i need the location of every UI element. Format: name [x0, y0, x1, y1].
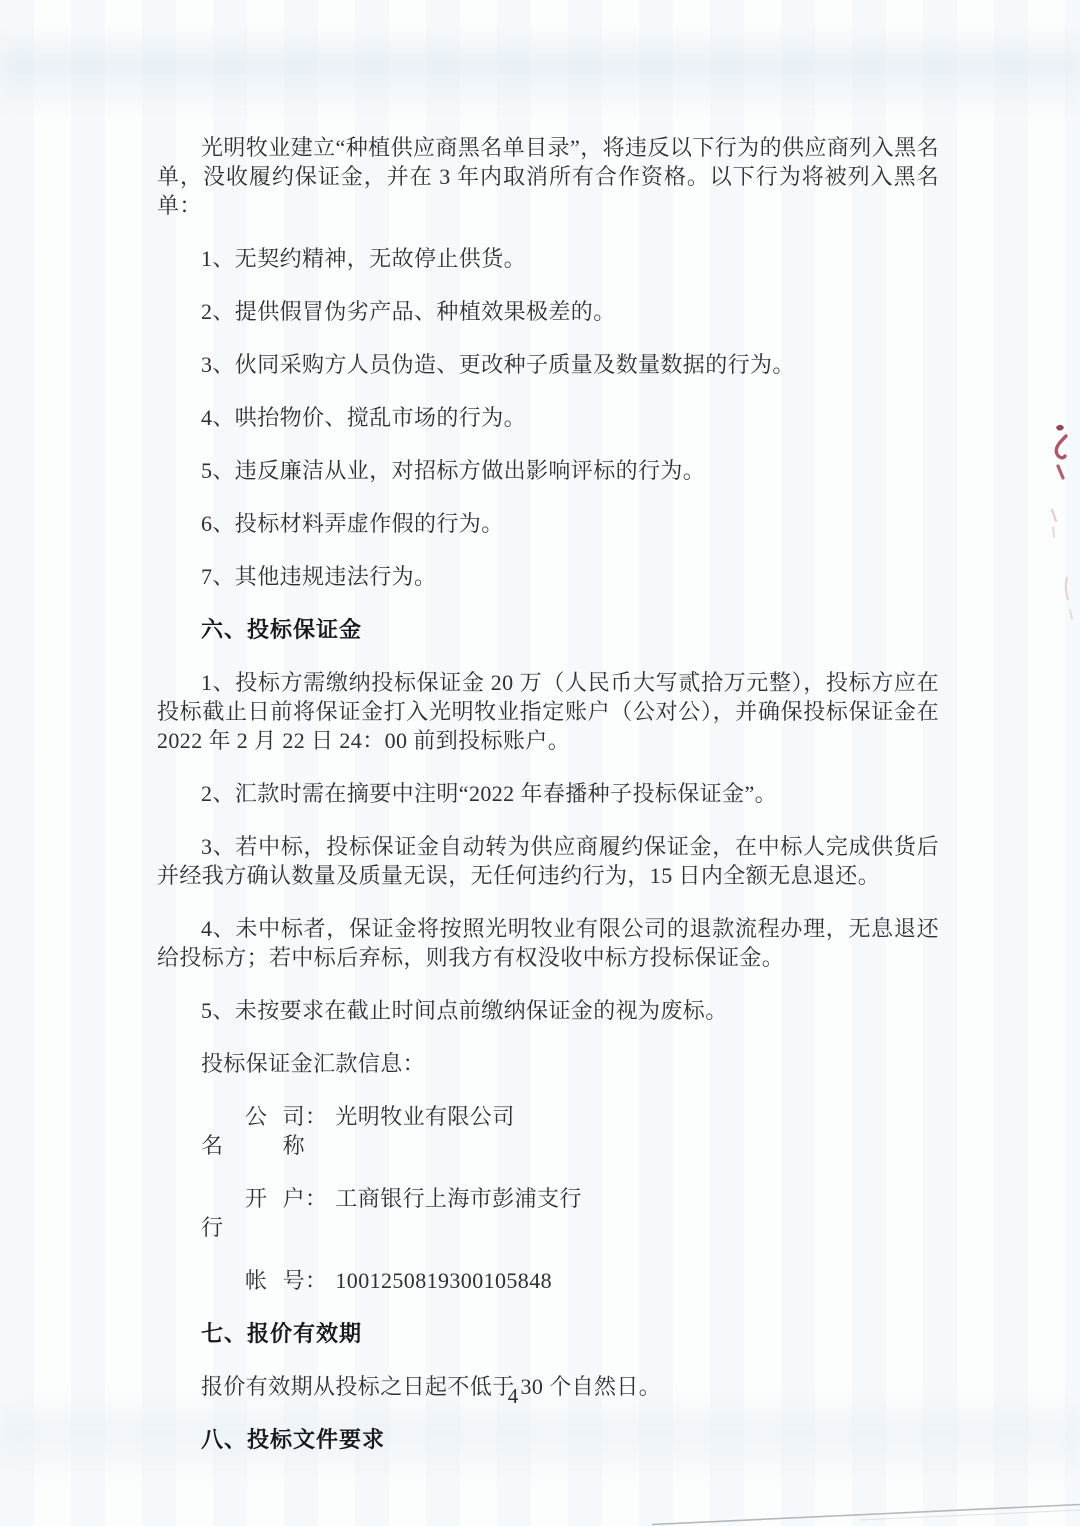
document-page: 光明牧业建立“种植供应商黑名单目录”，将违反以下行为的供应商列入黑名单，没收履约…	[0, 0, 1080, 1526]
intro-paragraph: 光明牧业建立“种植供应商黑名单目录”，将违反以下行为的供应商列入黑名单，没收履约…	[157, 133, 939, 220]
blacklist-item-1: 1、无契约精神，无故停止供货。	[157, 244, 939, 273]
section-6-item-1: 1、投标方需缴纳投标保证金 20 万（人民币大写贰拾万元整），投标方应在投标截止…	[157, 668, 939, 755]
page-number: 4	[508, 1384, 519, 1408]
bank-label-account: 帐号	[201, 1266, 305, 1295]
page-edge-line	[0, 1496, 1080, 1526]
bank-info-row-account: 帐号：1001250819300105848	[157, 1266, 939, 1295]
bank-value-account: 1001250819300105848	[327, 1268, 552, 1293]
blacklist-item-5: 5、违反廉洁从业，对招标方做出影响评标的行为。	[157, 456, 939, 485]
bank-value-branch: 工商银行上海市彭浦支行	[327, 1186, 581, 1211]
blacklist-item-6: 6、投标材料弄虚作假的行为。	[157, 509, 939, 538]
section-6-item-5: 5、未按要求在截止时间点前缴纳保证金的视为废标。	[157, 996, 939, 1025]
bank-label-company: 公司名称	[201, 1102, 305, 1160]
section-8-heading: 八、投标文件要求	[157, 1425, 939, 1454]
bank-separator: ：	[305, 1104, 327, 1129]
bank-separator: ：	[305, 1268, 327, 1293]
bank-separator: ：	[305, 1186, 327, 1211]
section-7-heading: 七、报价有效期	[157, 1319, 939, 1348]
section-6-heading: 六、投标保证金	[157, 615, 939, 644]
section-6-item-4: 4、未中标者，保证金将按照光明牧业有限公司的退款流程办理，无息退还给投标方；若中…	[157, 914, 939, 972]
bank-label-branch: 开户行	[201, 1184, 305, 1242]
blacklist-item-2: 2、提供假冒伪劣产品、种植效果极差的。	[157, 297, 939, 326]
document-content: 光明牧业建立“种植供应商黑名单目录”，将违反以下行为的供应商列入黑名单，没收履约…	[157, 133, 939, 1478]
remittance-info-title: 投标保证金汇款信息：	[157, 1049, 939, 1078]
blacklist-item-4: 4、哄抬物价、搅乱市场的行为。	[157, 403, 939, 432]
bank-info-row-branch: 开户行：工商银行上海市彭浦支行	[157, 1184, 939, 1242]
scan-artifact-top-band	[0, 28, 1080, 118]
bank-value-company: 光明牧业有限公司	[327, 1104, 514, 1129]
page-number-container: 4	[0, 1384, 1026, 1409]
section-6-item-2: 2、汇款时需在摘要中注明“2022 年春播种子投标保证金”。	[157, 779, 939, 808]
bank-info-row-company: 公司名称：光明牧业有限公司	[157, 1102, 939, 1160]
red-ink-marks	[1040, 418, 1080, 628]
blacklist-item-3: 3、伙同采购方人员伪造、更改种子质量及数量数据的行为。	[157, 350, 939, 379]
section-6-item-3: 3、若中标，投标保证金自动转为供应商履约保证金，在中标人完成供货后并经我方确认数…	[157, 832, 939, 890]
blacklist-item-7: 7、其他违规违法行为。	[157, 562, 939, 591]
